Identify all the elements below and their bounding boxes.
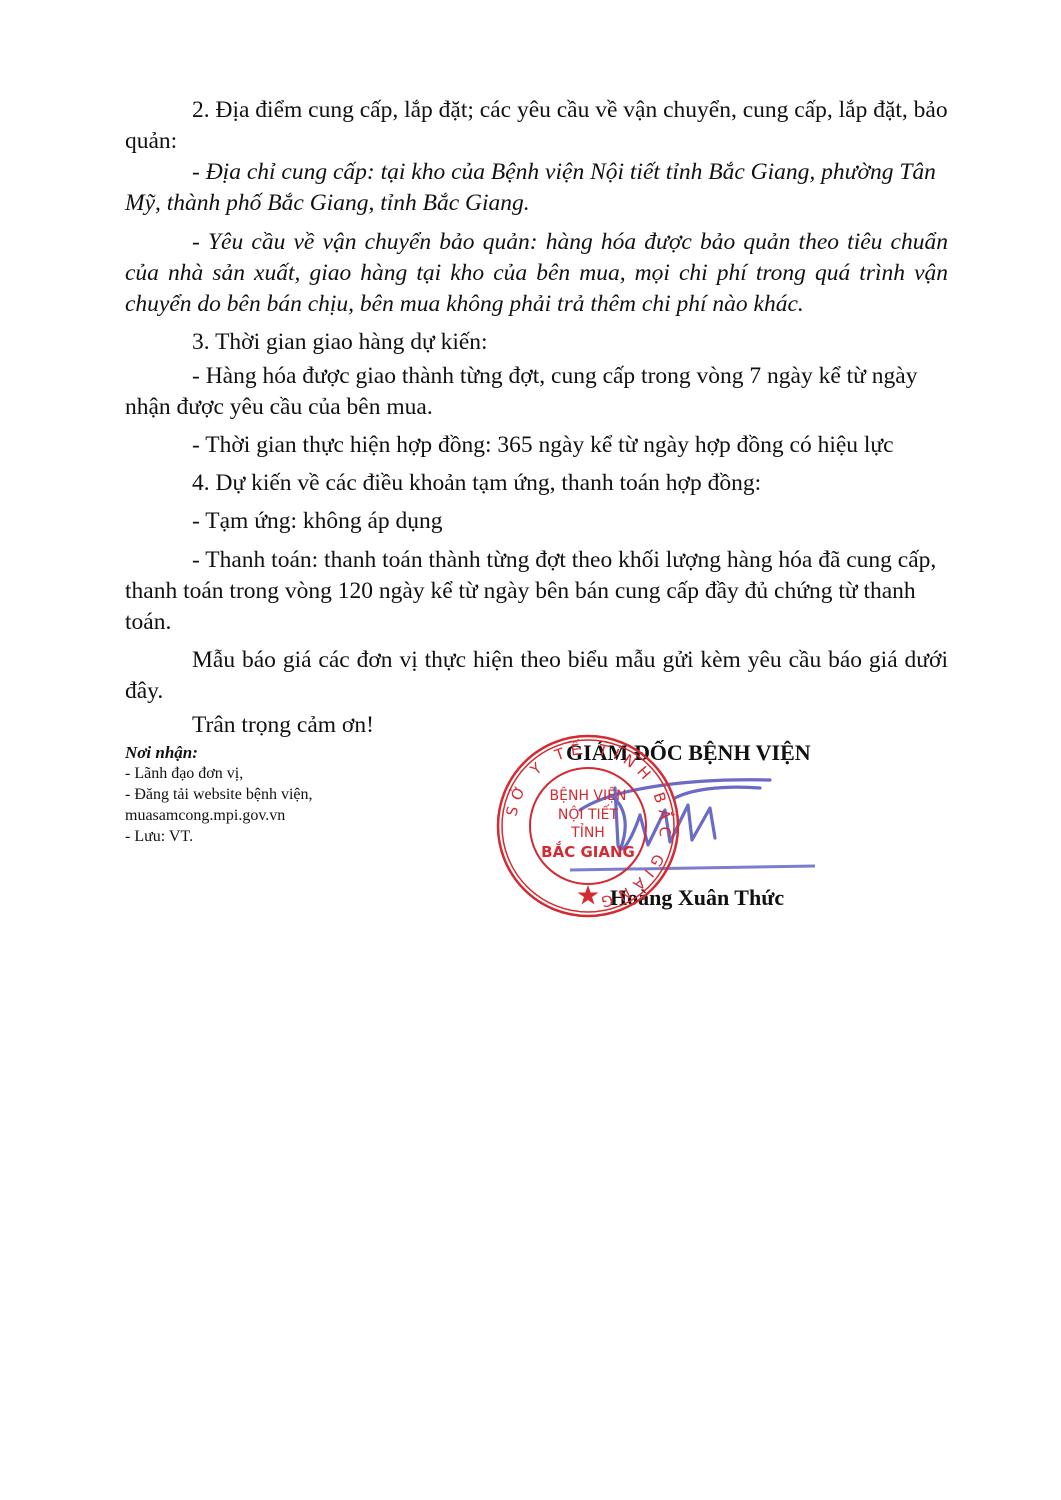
official-seal-icon: SỞ Y TẾ TỈNH BẮC GIANG BỆNH VIỆN NỘI TIẾ… [495, 733, 681, 919]
delivery-schedule: - Hàng hóa được giao thành từng đợt, cun… [125, 361, 948, 423]
recipient-item: - Đăng tải website bệnh viện, [125, 784, 425, 805]
document-page: 2. Địa điểm cung cấp, lắp đặt; các yêu c… [0, 0, 1061, 1500]
recipients-block: Nơi nhận: - Lãnh đạo đơn vị, - Đăng tải … [125, 742, 425, 847]
contract-duration: - Thời gian thực hiện hợp đồng: 365 ngày… [125, 430, 948, 461]
section-3-heading: 3. Thời gian giao hàng dự kiến: [125, 327, 948, 358]
transport-requirements: - Yêu cầu về vận chuyển bảo quản: hàng h… [125, 227, 948, 320]
advance-payment: - Tạm ứng: không áp dụng [125, 506, 948, 537]
stamp-line: NỘI TIẾT [558, 804, 619, 823]
recipients-heading: Nơi nhận: [125, 742, 425, 763]
payment-terms: - Thanh toán: thanh toán thành từng đợt … [125, 545, 948, 638]
section-2-heading: 2. Địa điểm cung cấp, lắp đặt; các yêu c… [125, 95, 948, 157]
recipient-item: - Lãnh đạo đơn vị, [125, 763, 425, 784]
delivery-address: - Địa chỉ cung cấp: tại kho của Bệnh việ… [125, 157, 948, 219]
section-4-heading: 4. Dự kiến về các điều khoản tạm ứng, th… [125, 468, 948, 499]
stamp-line: BỆNH VIỆN [550, 786, 627, 804]
recipient-item: - Lưu: VT. [125, 826, 425, 847]
stamp-line: BẮC GIANG [541, 840, 635, 861]
stamp-line: TỈNH [570, 823, 605, 841]
form-note: Mẫu báo giá các đơn vị thực hiện theo bi… [125, 645, 948, 707]
recipient-item: muasamcong.mpi.gov.vn [125, 805, 425, 826]
